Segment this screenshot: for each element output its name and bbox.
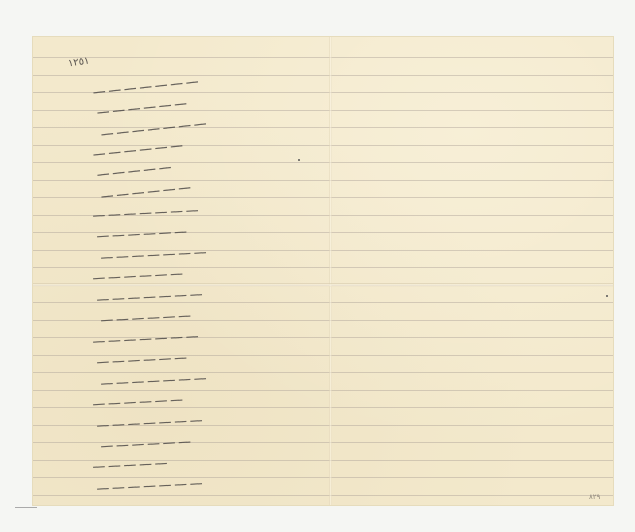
archive-mark: ٨٢٩ <box>589 493 600 501</box>
handwritten-line: ـــ ـــ ـــ ـــ ـــ ـــ ـــ <box>101 368 206 388</box>
scan-edge-mark <box>15 507 37 508</box>
handwritten-line: ـــ ـــ ـــ ـــ ـــ ـــ ـــ <box>93 200 198 220</box>
ink-speck <box>606 295 608 297</box>
handwritten-line: ـــ ـــ ـــ ـــ ـــ ـــ ـــ <box>97 410 202 430</box>
handwritten-line: ـــ ـــ ـــ ـــ ـــ ـــ <box>101 306 191 326</box>
ink-speck <box>298 159 300 161</box>
handwritten-line: ـــ ـــ ـــ ـــ ـــ <box>96 157 171 180</box>
handwritten-line: ـــ ـــ ـــ ـــ ـــ ـــ <box>96 93 186 117</box>
handwritten-line: ـــ ـــ ـــ ـــ ـــ ـــ <box>93 264 183 284</box>
handwritten-line: ـــ ـــ ـــ ـــ ـــ ـــ <box>100 177 190 201</box>
handwritten-line: ـــ ـــ ـــ ـــ ـــ ـــ <box>93 390 183 410</box>
handwritten-line: ـــ ـــ ـــ ـــ ـــ ـــ ـــ <box>101 242 206 262</box>
handwritten-line: ـــ ـــ ـــ ـــ ـــ ـــ ـــ <box>101 114 207 140</box>
handwritten-line: ـــ ـــ ـــ ـــ ـــ <box>93 453 167 472</box>
handwritten-line: ـــ ـــ ـــ ـــ ـــ ـــ ـــ <box>97 473 202 493</box>
manuscript-page: ١٢٥١ ـــ ـــ ـــ ـــ ـــ ـــ ــــــ ـــ … <box>33 37 613 505</box>
handwritten-line: ـــ ـــ ـــ ـــ ـــ ـــ ـــ <box>93 326 198 346</box>
handwritten-line: ـــ ـــ ـــ ـــ ـــ ـــ <box>97 222 187 242</box>
handwritten-line: ـــ ـــ ـــ ـــ ـــ ـــ ـــ <box>97 284 202 304</box>
handwritten-line: ـــ ـــ ـــ ـــ ـــ ـــ <box>97 348 187 368</box>
handwritten-line: ـــ ـــ ـــ ـــ ـــ ـــ <box>101 432 191 452</box>
handwritten-text-block: ـــ ـــ ـــ ـــ ـــ ـــ ــــــ ـــ ـــ ـ… <box>33 37 333 505</box>
